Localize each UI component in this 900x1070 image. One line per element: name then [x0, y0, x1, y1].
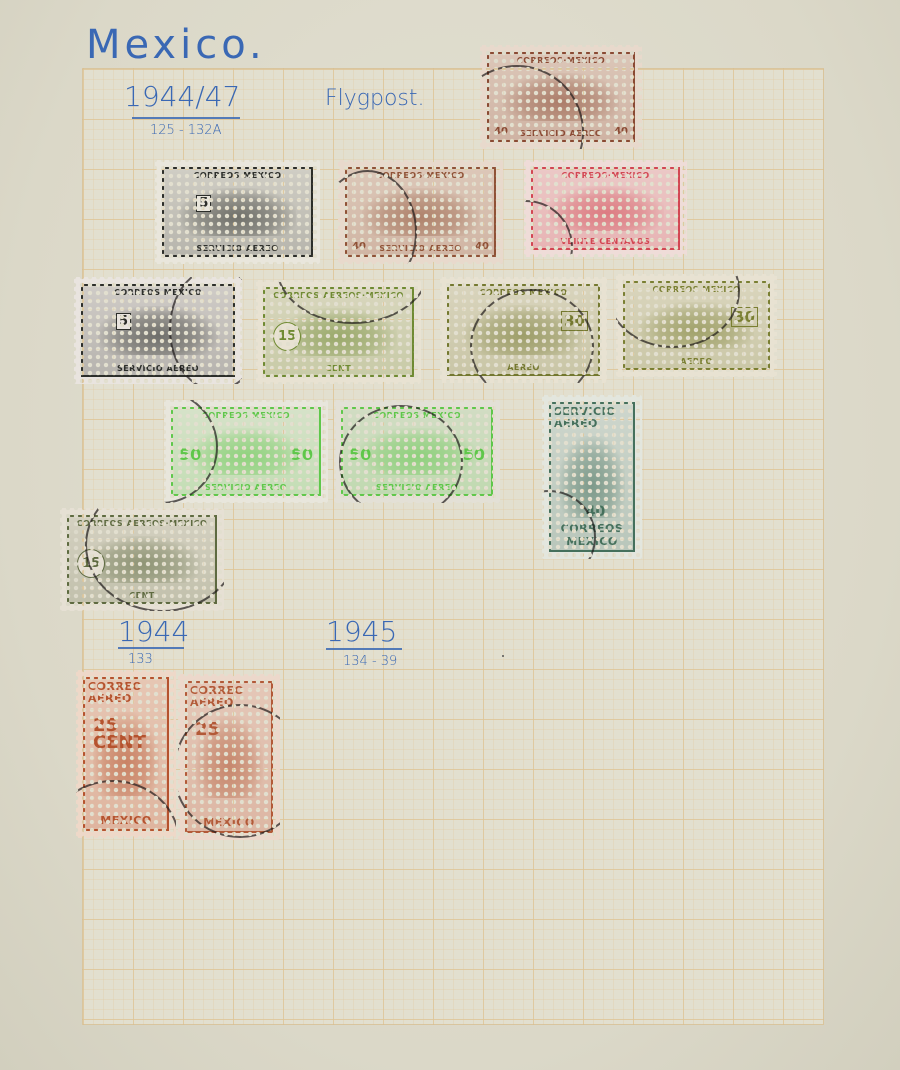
stamp-vignette [548, 186, 664, 230]
section-year-1945: 1945 [326, 615, 397, 648]
stamp: CORREOS MEXICOAEREO30 [616, 274, 777, 377]
stamp-top-inscription: CORREOS MEXICO [449, 286, 598, 299]
stamp: CORREOS·MEXICOSERVICIO·AEREO4040 [338, 160, 503, 264]
stamp-top-inscription: CORREOS MEXICO [343, 409, 491, 422]
stamp: CORREO AEREOMEXICO25 CENT [76, 670, 176, 838]
stamp-top-inscription: CORREOS·AEREOS·MEXICO [265, 289, 412, 302]
stamp-bottom-inscription: SERVICIO AEREO [164, 242, 311, 255]
stamp-top-inscription: CORREO AEREO [83, 679, 169, 707]
stamp-vignette [362, 188, 480, 236]
stamp-bottom-inscription: AEREO [625, 355, 768, 368]
stamp-denomination: 25 CENT [91, 717, 135, 751]
stamp-denomination: 40 [350, 241, 368, 252]
stamp-top-inscription: CORREOS MEXICO [83, 286, 233, 299]
stamp-bottom-inscription: SERVICIO AEREO [173, 481, 319, 494]
stamp-vignette [188, 428, 305, 476]
stamp-denomination: 50 [347, 445, 373, 464]
flygpost-label: Flygpost. [325, 86, 425, 111]
stamp-denomination: 15 [273, 322, 301, 351]
stamp: CORREOS MEXICOSERVICIO AEREO5050 [334, 400, 500, 503]
catalogue-range-125-132a: 125 - 132A [150, 123, 221, 138]
stamp-denomination: 30 [731, 307, 758, 327]
stamp-bottom-inscription: CORREOS MEXICO [551, 520, 633, 550]
stamp: CORREOS MEXICOSERVICIO AEREO5050 [164, 400, 328, 503]
stamp-top-inscription: CORREOS·AEREOS·MEXICO [69, 517, 215, 530]
stamp-top-inscription: CORREOS MEXICO [164, 169, 311, 182]
stamp-bottom-inscription: SERVICIO AEREO [83, 362, 233, 375]
stamp: CORREOS·AEREOS·MEXICOCENT15 [60, 508, 224, 611]
stamp-denomination: 50 [289, 445, 315, 464]
stamp-denomination: 40 [612, 126, 630, 137]
stamp-vignette [503, 73, 618, 121]
stamp-bottom-inscription: MEXICO [187, 814, 271, 831]
country-heading: Mexico. [86, 22, 266, 68]
stamp-bottom-inscription: AEREO [449, 361, 598, 374]
stamp-top-inscription: CORREOS·MEXICO [489, 54, 633, 67]
stamp: CORREOS MEXICOAEREO30 [440, 277, 607, 383]
stamp: CORREOS·MEXICOSERVICIO·AEREO4040 [480, 45, 642, 149]
stamp-denomination: 30 [561, 311, 588, 331]
stamp-bottom-inscription: SERVICIO·AEREO [347, 242, 494, 255]
stamp-denomination: 50 [461, 445, 487, 464]
stamp-bottom-inscription: CENT [265, 362, 412, 375]
stamp-denomination: 5 [116, 313, 131, 330]
stamp-denomination: 40 [584, 504, 607, 520]
year-underline [326, 648, 402, 650]
catalogue-range-133: 133 [128, 652, 153, 667]
year-underline [132, 117, 240, 119]
stamp-bottom-inscription: VEINTE CENTAVOS [533, 235, 678, 248]
stamp-denomination: 5 [196, 195, 211, 212]
stamp: CORREOS MEXICOSERVICIO AEREO5 [155, 160, 320, 264]
stamp-denomination: 25 [193, 721, 237, 738]
stamp-bottom-inscription: SERVICIO AEREO [343, 481, 491, 494]
stamp-vignette [358, 428, 476, 476]
stamp-top-inscription: CORREOS MEXICO [625, 283, 768, 296]
stamp-denomination: 40 [492, 126, 510, 137]
section-year-1944: 1944 [118, 615, 189, 648]
stamp-top-inscription: CORREO AEREO [185, 683, 273, 711]
year-underline [118, 647, 184, 649]
stamp-top-inscription: CORREOS·MEXICO [533, 169, 678, 182]
stamp-bottom-inscription: MEXICO [85, 812, 167, 829]
ink-dot [502, 655, 504, 657]
section-year-1944-47: 1944/47 [124, 80, 240, 113]
stamp-denomination: 50 [177, 445, 203, 464]
stamp-top-inscription: CORREOS·MEXICO [347, 169, 494, 182]
stamp-top-inscription: CORREOS MEXICO [173, 409, 319, 422]
catalogue-range-134-39: 134 - 39 [343, 654, 397, 669]
stamp-top-inscription: SERVICIO AEREO [549, 404, 635, 432]
stamp: CORREOS·MEXICOVEINTE CENTAVOS [524, 160, 687, 257]
album-page: Mexico. 1944/47 125 - 132A Flygpost. 194… [0, 0, 900, 1070]
stamp-denomination: 40 [473, 241, 491, 252]
stamp: CORREO AEREOMEXICO25 [178, 674, 280, 840]
stamp: SERVICIO AEREOCORREOS MEXICO40 [542, 395, 642, 559]
stamp-bottom-inscription: CENT [69, 589, 215, 602]
stamp: CORREOS·AEREOS·MEXICOCENT15 [256, 280, 421, 384]
stamp: CORREOS MEXICOSERVICIO AEREO5 [74, 277, 242, 384]
